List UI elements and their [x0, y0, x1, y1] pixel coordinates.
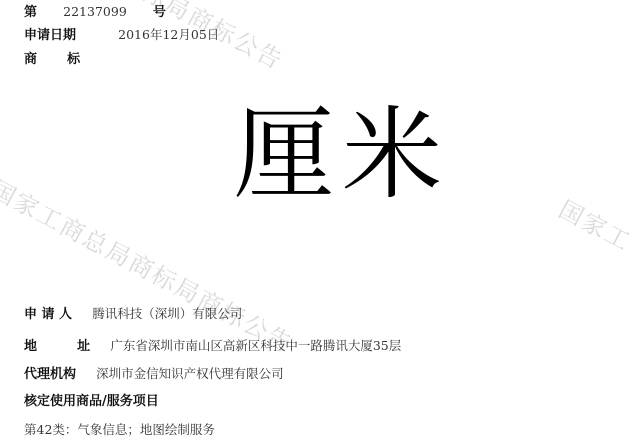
registration-number-row: 第 22137099 号	[24, 4, 166, 21]
trademark-text: 厘米	[234, 100, 450, 210]
registration-number: 22137099	[63, 4, 127, 19]
number-prefix: 第	[24, 5, 37, 20]
number-suffix: 号	[153, 5, 166, 20]
watermark-right: 国家工	[554, 190, 635, 258]
date-value: 2016年12月05日	[118, 27, 219, 42]
agent-value: 深圳市金信知识产权代理有限公司	[96, 366, 284, 381]
mark-label-1: 商	[24, 52, 37, 67]
date-label: 申请日期	[24, 28, 76, 43]
application-date-row: 申请日期 2016年12月05日	[24, 27, 219, 44]
goods-value-row: 第42类：气象信息；地图绘制服务	[24, 422, 215, 439]
goods-value: 第42类：气象信息；地图绘制服务	[24, 422, 215, 437]
applicant-value: 腾讯科技（深圳）有限公司	[92, 306, 242, 321]
trademark-label-row: 商 标	[24, 52, 80, 68]
address-label-2: 址	[77, 339, 90, 354]
address-row: 地 址 广东省深圳市南山区高新区科技中一路腾讯大厦35层	[24, 338, 401, 355]
agent-row: 代理机构 深圳市金信知识产权代理有限公司	[24, 366, 284, 383]
address-value: 广东省深圳市南山区高新区科技中一路腾讯大厦35层	[110, 338, 401, 353]
applicant-label: 申 请 人	[24, 307, 72, 322]
goods-label: 核定使用商品/服务项目	[24, 394, 159, 409]
address-label-1: 地	[24, 339, 37, 354]
agent-label: 代理机构	[24, 367, 76, 382]
mark-label-2: 标	[67, 52, 80, 67]
goods-label-row: 核定使用商品/服务项目	[24, 394, 159, 410]
applicant-row: 申 请 人 腾讯科技（深圳）有限公司	[24, 306, 242, 323]
